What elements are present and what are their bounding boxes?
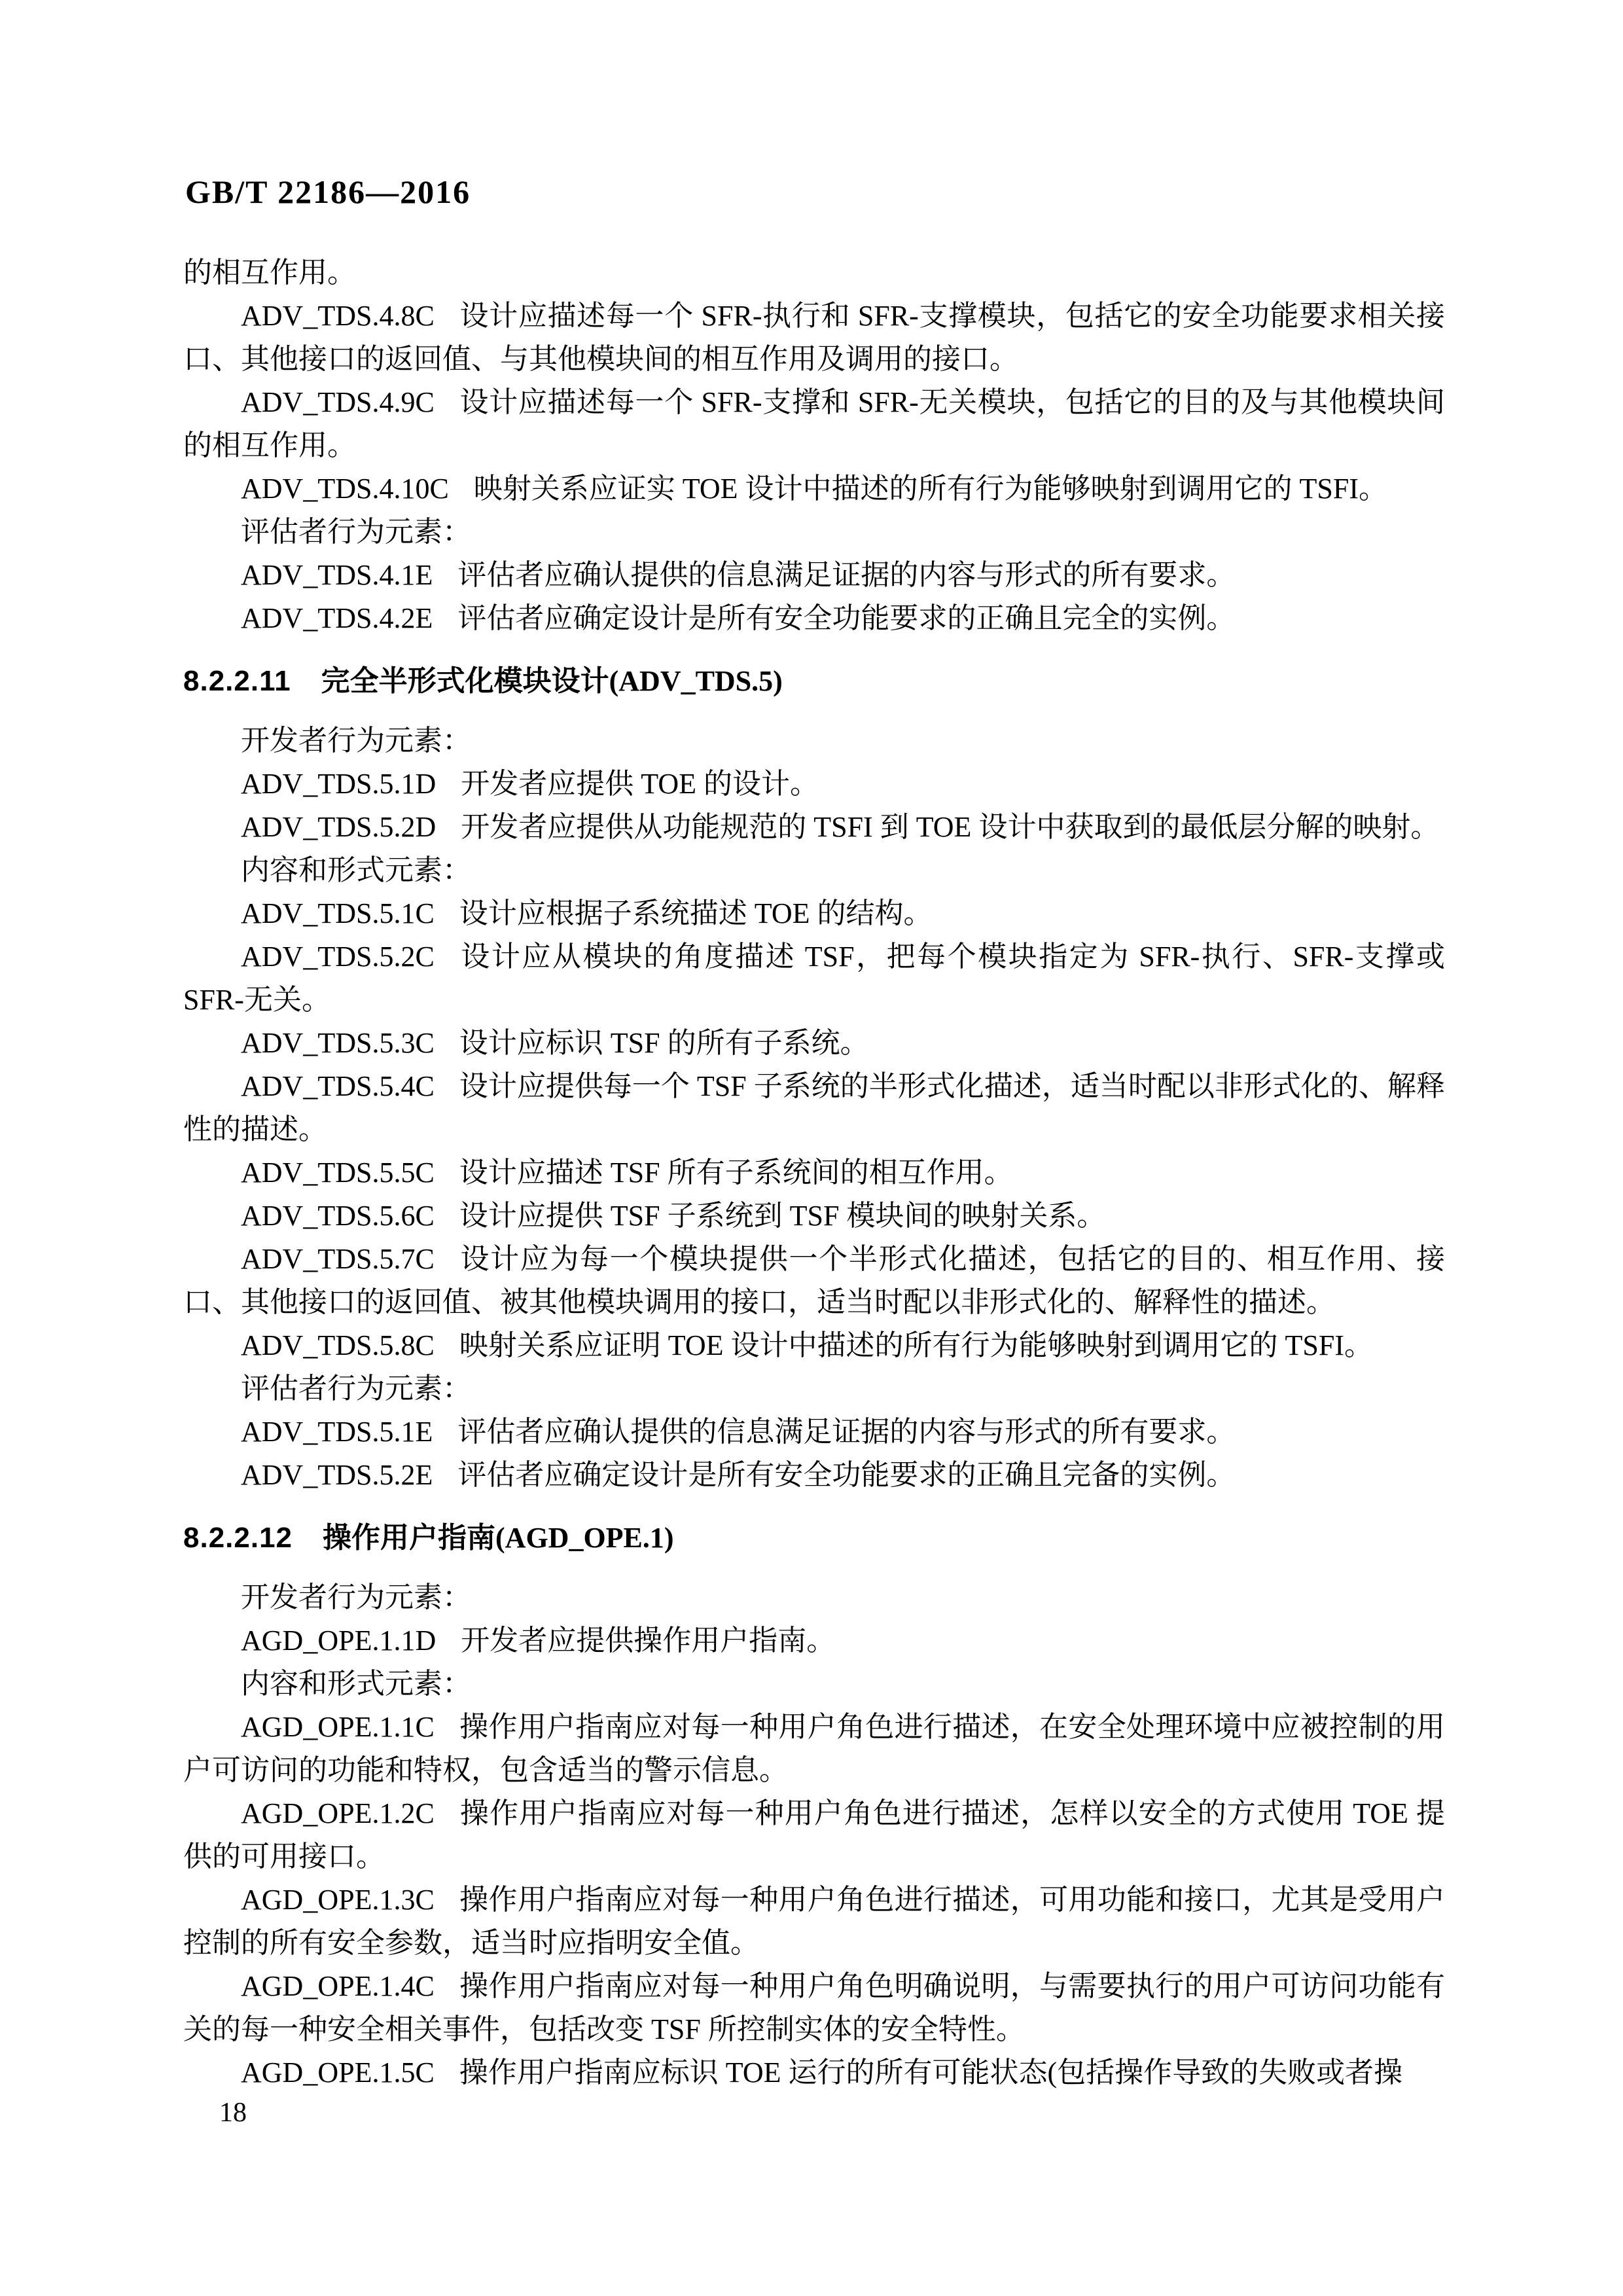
requirement-code: ADV_TDS.5.4C [241, 1070, 435, 1102]
requirement-text: 内容和形式元素： [241, 854, 471, 886]
requirement-item: ADV_TDS.4.9C设计应描述每一个 SFR-支撑和 SFR-无关模块，包括… [183, 381, 1445, 467]
requirement-code: ADV_TDS.5.5C [241, 1157, 435, 1189]
requirement-code: ADV_TDS.4.8C [241, 300, 435, 332]
requirement-code: ADV_TDS.4.9C [241, 386, 435, 418]
requirement-code: AGD_OPE.1.5C [241, 2056, 435, 2089]
element-label: 评估者行为元素： [183, 511, 1445, 554]
requirement-item: ADV_TDS.4.8C设计应描述每一个 SFR-执行和 SFR-支撑模块，包括… [183, 295, 1445, 381]
requirement-text: 评估者应确认提供的信息满足证据的内容与形式的所有要求。 [457, 1416, 1235, 1448]
requirement-text: 开发者应提供操作用户指南。 [461, 1624, 835, 1657]
requirement-item: AGD_OPE.1.3C操作用户指南应对每一种用户角色进行描述，可用功能和接口，… [183, 1878, 1445, 1965]
element-label: 开发者行为元素： [183, 719, 1445, 762]
requirement-code: ADV_TDS.5.1E [241, 1416, 433, 1448]
requirement-item: ADV_TDS.5.1E评估者应确认提供的信息满足证据的内容与形式的所有要求。 [183, 1410, 1445, 1454]
requirement-code: ADV_TDS.4.2E [241, 602, 433, 634]
page-number: 18 [219, 2098, 247, 2128]
requirement-code: ADV_TDS.4.1E [241, 559, 433, 591]
requirement-item: ADV_TDS.5.8C映射关系应证明 TOE 设计中描述的所有行为能够映射到调… [183, 1324, 1445, 1367]
requirement-text: 操作用户指南应标识 TOE 运行的所有可能状态(包括操作导致的失败或者操 [459, 2056, 1402, 2089]
requirement-text: 评估者应确定设计是所有安全功能要求的正确且完全的实例。 [457, 602, 1235, 634]
requirement-code: ADV_TDS.5.6C [241, 1200, 435, 1232]
requirement-item: ADV_TDS.5.1C设计应根据子系统描述 TOE 的结构。 [183, 892, 1445, 935]
requirement-code: ADV_TDS.5.2D [241, 811, 436, 843]
requirement-text: 评估者行为元素： [241, 516, 471, 548]
requirement-code: ADV_TDS.5.2C [241, 941, 435, 973]
section-heading: 8.2.2.11完全半形式化模块设计(ADV_TDS.5) [183, 660, 1445, 703]
requirement-text: 设计应提供 TSF 子系统到 TSF 模块间的映射关系。 [459, 1200, 1106, 1232]
section-number: 8.2.2.12 [183, 1522, 293, 1554]
element-label: 内容和形式元素： [183, 1662, 1445, 1706]
requirement-code: ADV_TDS.5.2E [241, 1459, 433, 1491]
requirement-code: ADV_TDS.5.1C [241, 897, 435, 929]
requirement-code: AGD_OPE.1.1C [241, 1711, 435, 1743]
requirement-item: AGD_OPE.1.1C操作用户指南应对每一种用户角色进行描述，在安全处理环境中… [183, 1706, 1445, 1792]
document-body: 的相互作用。ADV_TDS.4.8C设计应描述每一个 SFR-执行和 SFR-支… [183, 251, 1445, 2094]
standard-document-page: GB/T 22186—2016 的相互作用。ADV_TDS.4.8C设计应描述每… [0, 0, 1623, 2296]
requirement-text: 评估者行为元素： [241, 1372, 471, 1405]
requirement-code: ADV_TDS.5.8C [241, 1329, 435, 1361]
requirement-item: ADV_TDS.5.5C设计应描述 TSF 所有子系统间的相互作用。 [183, 1151, 1445, 1194]
requirement-text: 映射关系应证实 TOE 设计中描述的所有行为能够映射到调用它的 TSFI。 [474, 473, 1387, 505]
requirement-item: AGD_OPE.1.2C操作用户指南应对每一种用户角色进行描述，怎样以安全的方式… [183, 1792, 1445, 1878]
requirement-item: AGD_OPE.1.1D开发者应提供操作用户指南。 [183, 1619, 1445, 1662]
requirement-text: 内容和形式元素： [241, 1668, 471, 1700]
requirement-item: ADV_TDS.4.10C映射关系应证实 TOE 设计中描述的所有行为能够映射到… [183, 467, 1445, 511]
section-title: 操作用户指南 [323, 1522, 495, 1554]
standard-number-header: GB/T 22186—2016 [185, 173, 471, 211]
element-label: 内容和形式元素： [183, 849, 1445, 892]
requirement-text: 评估者应确定设计是所有安全功能要求的正确且完备的实例。 [457, 1459, 1235, 1491]
requirement-item: ADV_TDS.5.3C设计应标识 TSF 的所有子系统。 [183, 1022, 1445, 1065]
requirement-code: ADV_TDS.5.7C [241, 1243, 435, 1275]
requirement-item: AGD_OPE.1.4C操作用户指南应对每一种用户角色明确说明，与需要执行的用户… [183, 1965, 1445, 2051]
requirement-text: 设计应描述 TSF 所有子系统间的相互作用。 [459, 1157, 1013, 1189]
requirement-code: AGD_OPE.1.1D [241, 1624, 436, 1657]
requirement-item: ADV_TDS.5.7C设计应为每一个模块提供一个半形式化描述，包括它的目的、相… [183, 1238, 1445, 1324]
section-title: 完全半形式化模块设计 [321, 665, 609, 697]
requirement-code: AGD_OPE.1.2C [241, 1797, 435, 1829]
requirement-code: ADV_TDS.4.10C [241, 473, 449, 505]
requirement-item: ADV_TDS.4.2E评估者应确定设计是所有安全功能要求的正确且完全的实例。 [183, 597, 1445, 640]
element-label: 评估者行为元素： [183, 1367, 1445, 1410]
requirement-item: AGD_OPE.1.5C操作用户指南应标识 TOE 运行的所有可能状态(包括操作… [183, 2051, 1445, 2094]
section-heading: 8.2.2.12操作用户指南(AGD_OPE.1) [183, 1516, 1445, 1560]
requirement-text: 设计应根据子系统描述 TOE 的结构。 [459, 897, 933, 929]
requirement-item: ADV_TDS.5.6C设计应提供 TSF 子系统到 TSF 模块间的映射关系。 [183, 1194, 1445, 1238]
requirement-item: ADV_TDS.5.1D开发者应提供 TOE 的设计。 [183, 762, 1445, 806]
requirement-text: 的相互作用。 [183, 257, 356, 289]
requirement-item: ADV_TDS.5.2E评估者应确定设计是所有安全功能要求的正确且完备的实例。 [183, 1454, 1445, 1497]
requirement-text: 开发者行为元素： [241, 725, 471, 757]
requirement-code: AGD_OPE.1.3C [241, 1884, 435, 1916]
requirement-text: 映射关系应证明 TOE 设计中描述的所有行为能够映射到调用它的 TSFI。 [459, 1329, 1373, 1361]
requirement-text: 开发者应提供 TOE 的设计。 [461, 768, 819, 800]
continuation-text: 的相互作用。 [183, 251, 1445, 295]
requirement-text: 评估者应确认提供的信息满足证据的内容与形式的所有要求。 [457, 559, 1235, 591]
requirement-code: AGD_OPE.1.4C [241, 1970, 435, 2002]
requirement-text: 开发者应提供从功能规范的 TSFI 到 TOE 设计中获取到的最低层分解的映射。 [461, 811, 1439, 843]
requirement-item: ADV_TDS.4.1E评估者应确认提供的信息满足证据的内容与形式的所有要求。 [183, 554, 1445, 597]
requirement-text: 设计应标识 TSF 的所有子系统。 [459, 1027, 869, 1059]
requirement-item: ADV_TDS.5.2D开发者应提供从功能规范的 TSFI 到 TOE 设计中获… [183, 806, 1445, 849]
requirement-item: ADV_TDS.5.4C设计应提供每一个 TSF 子系统的半形式化描述，适当时配… [183, 1065, 1445, 1151]
section-code: (AGD_OPE.1) [495, 1522, 674, 1554]
requirement-text: 开发者行为元素： [241, 1581, 471, 1613]
requirement-code: ADV_TDS.5.3C [241, 1027, 435, 1059]
requirement-item: ADV_TDS.5.2C设计应从模块的角度描述 TSF，把每个模块指定为 SFR… [183, 935, 1445, 1022]
section-code: (ADV_TDS.5) [609, 665, 783, 697]
element-label: 开发者行为元素： [183, 1576, 1445, 1619]
section-number: 8.2.2.11 [183, 665, 291, 697]
requirement-code: ADV_TDS.5.1D [241, 768, 436, 800]
